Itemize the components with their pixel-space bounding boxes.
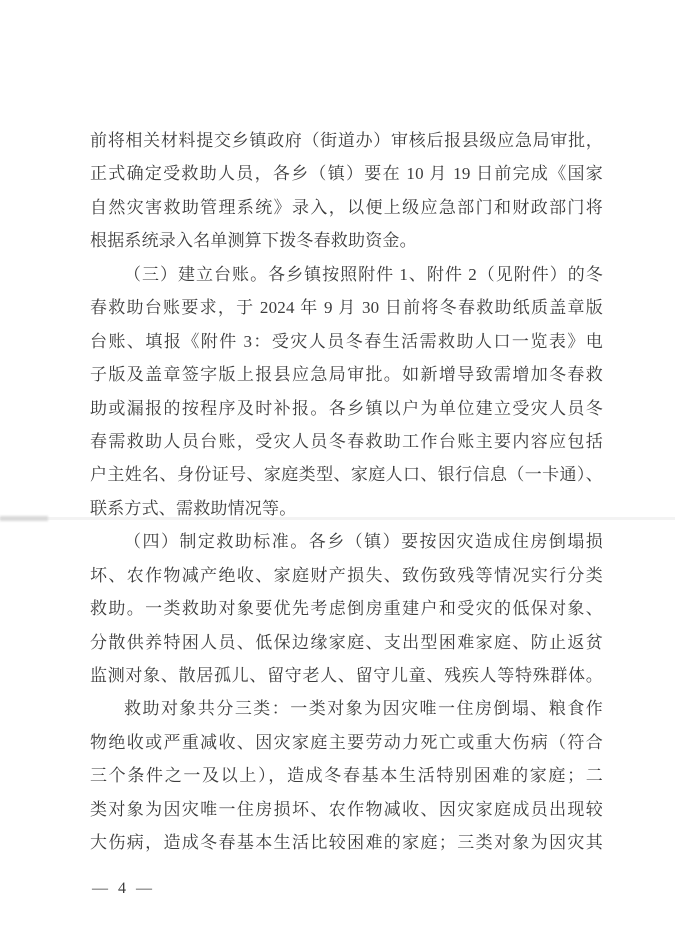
body-line: 春救助台账要求，于 2024 年 9 月 30 日前将冬春救助纸质盖章版 xyxy=(90,291,603,324)
body-line: 户主姓名、身份证号、家庭类型、家庭人口、银行信息（一卡通）、 xyxy=(90,458,603,491)
body-line: 救助。一类救助对象要优先考虑倒房重建户和受灾的低保对象、 xyxy=(90,592,603,625)
body-line: 联系方式、需救助情况等。 xyxy=(90,492,603,525)
body-text: 前将相关材料提交乡镇政府（街道办）审核后报县级应急局审批， 正式确定受救助人员，… xyxy=(90,124,603,860)
scanned-document-page: 前将相关材料提交乡镇政府（街道办）审核后报县级应急局审批， 正式确定受救助人员，… xyxy=(0,0,675,940)
body-line: 坏、农作物减产绝收、家庭财产损失、致伤致残等情况实行分类 xyxy=(90,559,603,592)
body-line: 大伤病，造成冬春基本生活比较困难的家庭；三类对象为因灾其 xyxy=(90,826,603,859)
body-line: 根据系统录入名单测算下拨冬春救助资金。 xyxy=(90,224,603,257)
body-line: 物绝收或严重减收、因灾家庭主要劳动力死亡或重大伤病（符合 xyxy=(90,726,603,759)
body-line: （三）建立台账。各乡镇按照附件 1、附件 2（见附件）的冬 xyxy=(90,258,603,291)
body-line: 分散供养特困人员、低保边缘家庭、支出型困难家庭、防止返贫 xyxy=(90,626,603,659)
body-line: 台账、填报《附件 3：受灾人员冬春生活需救助人口一览表》电 xyxy=(90,325,603,358)
body-line: 救助对象共分三类：一类对象为因灾唯一住房倒塌、粮食作 xyxy=(90,692,603,725)
body-line: 助或漏报的按程序及时补报。各乡镇以户为单位建立受灾人员冬 xyxy=(90,392,603,425)
body-line: 三个条件之一及以上），造成冬春基本生活特别困难的家庭；二 xyxy=(90,759,603,792)
body-line: 监测对象、散居孤儿、留守老人、留守儿童、残疾人等特殊群体。 xyxy=(90,659,603,692)
body-line: （四）制定救助标准。各乡（镇）要按因灾造成住房倒塌损 xyxy=(90,525,603,558)
body-line: 春需救助人员台账，受灾人员冬春救助工作台账主要内容应包括 xyxy=(90,425,603,458)
body-line: 类对象为因灾唯一住房损坏、农作物减收、因灾家庭成员出现较 xyxy=(90,793,603,826)
body-line: 自然灾害救助管理系统》录入，以便上级应急部门和财政部门将 xyxy=(90,191,603,224)
body-line: 子版及盖章签字版上报县应急局审批。如新增导致需增加冬春救 xyxy=(90,358,603,391)
body-line: 正式确定受救助人员，各乡（镇）要在 10 月 19 日前完成《国家 xyxy=(90,157,603,190)
body-line: 前将相关材料提交乡镇政府（街道办）审核后报县级应急局审批， xyxy=(90,124,603,157)
scan-smudge-left-edge xyxy=(0,516,48,521)
page-number: — 4 — xyxy=(92,880,155,898)
